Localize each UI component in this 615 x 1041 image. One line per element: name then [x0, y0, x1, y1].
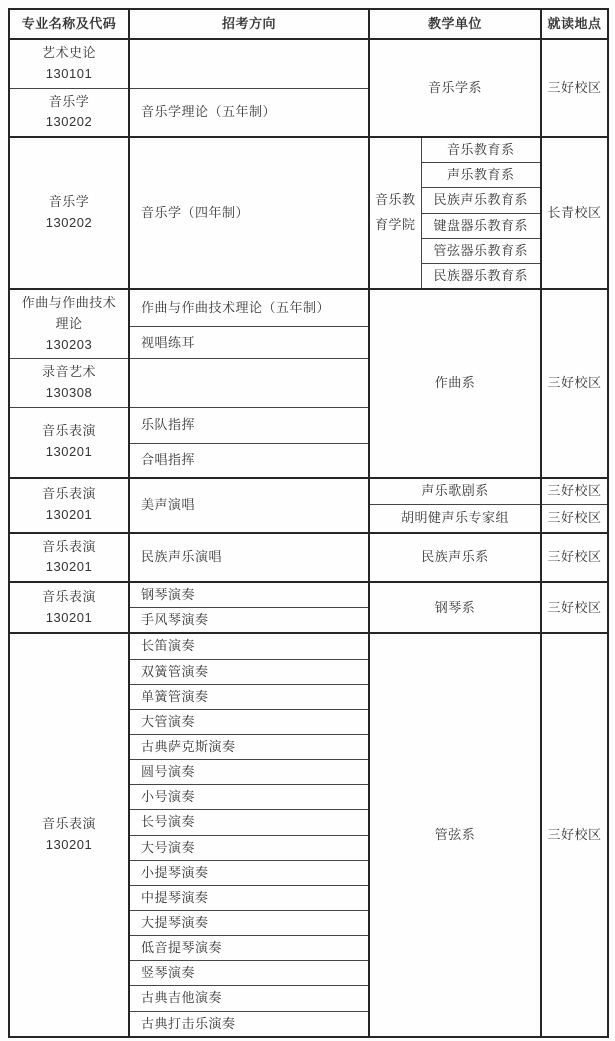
- direction-cell: 音乐学（四年制）: [129, 137, 369, 289]
- major-name: 录音艺术: [18, 362, 120, 383]
- direction-cell: 小号演奏: [129, 785, 369, 810]
- direction-cell: 大号演奏: [129, 835, 369, 860]
- header-unit: 教学单位: [369, 9, 541, 39]
- major-code: 130201: [18, 608, 120, 629]
- table-row: 音乐表演 130201 钢琴演奏 钢琴系 三好校区: [9, 582, 608, 608]
- unit-cell: 管弦系: [369, 633, 541, 1036]
- campus-cell: 三好校区: [541, 478, 608, 505]
- major-code: 130101: [18, 64, 120, 85]
- direction-cell: 乐队指挥: [129, 408, 369, 444]
- major-name: 音乐表演: [18, 537, 120, 558]
- major-code: 130201: [18, 835, 120, 856]
- direction-cell: 长笛演奏: [129, 633, 369, 659]
- major-name: 艺术史论: [18, 43, 120, 64]
- department-cell: 管弦器乐教育系: [421, 238, 541, 263]
- header-campus: 就读地点: [541, 9, 608, 39]
- header-direction: 招考方向: [129, 9, 369, 39]
- major-code: 130201: [18, 505, 120, 526]
- unit-cell: 胡明健声乐专家组: [369, 505, 541, 533]
- direction-cell: 视唱练耳: [129, 327, 369, 359]
- table-row: 音乐表演 130201 美声演唱 声乐歌剧系 三好校区: [9, 478, 608, 505]
- major-cell: 音乐表演 130201: [9, 633, 129, 1036]
- direction-cell: 大管演奏: [129, 709, 369, 734]
- document-page: 专业名称及代码 招考方向 教学单位 就读地点 艺术史论 130101 音乐学系 …: [0, 0, 615, 1041]
- direction-cell: 音乐学理论（五年制）: [129, 88, 369, 137]
- table-row: 作曲与作曲技术理论 130203 作曲与作曲技术理论（五年制） 作曲系 三好校区: [9, 289, 608, 327]
- direction-cell: 美声演唱: [129, 478, 369, 533]
- admissions-table: 专业名称及代码 招考方向 教学单位 就读地点 艺术史论 130101 音乐学系 …: [8, 8, 609, 1038]
- major-code: 130202: [18, 213, 120, 234]
- campus-cell: 三好校区: [541, 582, 608, 633]
- direction-cell: [129, 359, 369, 408]
- major-name: 作曲与作曲技术理论: [18, 293, 120, 335]
- department-cell: 音乐教育系: [421, 137, 541, 163]
- unit-cell: 音乐学系: [369, 39, 541, 137]
- direction-cell: 民族声乐演唱: [129, 533, 369, 583]
- header-major: 专业名称及代码: [9, 9, 129, 39]
- major-cell: 音乐学 130202: [9, 137, 129, 289]
- major-cell: 录音艺术 130308: [9, 359, 129, 408]
- major-code: 130202: [18, 112, 120, 133]
- direction-cell: 单簧管演奏: [129, 684, 369, 709]
- college-cell: 音乐教育学院: [369, 137, 421, 289]
- major-cell: 音乐表演 130201: [9, 582, 129, 633]
- campus-cell: 三好校区: [541, 533, 608, 583]
- direction-cell: 小提琴演奏: [129, 860, 369, 885]
- major-cell: 音乐表演 130201: [9, 533, 129, 583]
- department-cell: 声乐教育系: [421, 163, 541, 188]
- direction-cell: 竖琴演奏: [129, 961, 369, 986]
- department-cell: 民族声乐教育系: [421, 188, 541, 213]
- table-row: 音乐表演 130201 民族声乐演唱 民族声乐系 三好校区: [9, 533, 608, 583]
- direction-cell: 圆号演奏: [129, 760, 369, 785]
- campus-cell: 三好校区: [541, 39, 608, 137]
- unit-cell: 作曲系: [369, 289, 541, 477]
- department-cell: 民族器乐教育系: [421, 263, 541, 289]
- campus-cell: 长青校区: [541, 137, 608, 289]
- campus-cell: 三好校区: [541, 289, 608, 477]
- table-row: 音乐表演 130201 长笛演奏 管弦系 三好校区: [9, 633, 608, 659]
- major-code: 130201: [18, 557, 120, 578]
- direction-cell: 古典吉他演奏: [129, 986, 369, 1011]
- major-name: 音乐表演: [18, 587, 120, 608]
- direction-cell: 双簧管演奏: [129, 659, 369, 684]
- major-code: 130308: [18, 383, 120, 404]
- direction-cell: [129, 39, 369, 88]
- direction-cell: 作曲与作曲技术理论（五年制）: [129, 289, 369, 327]
- major-name: 音乐表演: [18, 484, 120, 505]
- campus-cell: 三好校区: [541, 633, 608, 1036]
- unit-cell: 声乐歌剧系: [369, 478, 541, 505]
- major-cell: 音乐表演 130201: [9, 408, 129, 478]
- table-row: 音乐学 130202 音乐学（四年制） 音乐教育学院 音乐教育系 长青校区: [9, 137, 608, 163]
- unit-cell: 钢琴系: [369, 582, 541, 633]
- department-cell: 键盘器乐教育系: [421, 213, 541, 238]
- major-cell: 音乐学 130202: [9, 88, 129, 137]
- major-cell: 艺术史论 130101: [9, 39, 129, 88]
- header-row: 专业名称及代码 招考方向 教学单位 就读地点: [9, 9, 608, 39]
- campus-cell: 三好校区: [541, 505, 608, 533]
- major-name: 音乐学: [18, 192, 120, 213]
- direction-cell: 古典打击乐演奏: [129, 1011, 369, 1037]
- major-name: 音乐表演: [18, 814, 120, 835]
- major-cell: 音乐表演 130201: [9, 478, 129, 533]
- direction-cell: 合唱指挥: [129, 444, 369, 478]
- table-row: 艺术史论 130101 音乐学系 三好校区: [9, 39, 608, 88]
- unit-cell: 民族声乐系: [369, 533, 541, 583]
- direction-cell: 低音提琴演奏: [129, 936, 369, 961]
- direction-cell: 中提琴演奏: [129, 885, 369, 910]
- major-code: 130203: [18, 335, 120, 356]
- direction-cell: 古典萨克斯演奏: [129, 734, 369, 759]
- direction-cell: 长号演奏: [129, 810, 369, 835]
- major-cell: 作曲与作曲技术理论 130203: [9, 289, 129, 359]
- direction-cell: 手风琴演奏: [129, 608, 369, 634]
- major-name: 音乐表演: [18, 421, 120, 442]
- direction-cell: 大提琴演奏: [129, 910, 369, 935]
- direction-cell: 钢琴演奏: [129, 582, 369, 608]
- major-name: 音乐学: [18, 92, 120, 113]
- major-code: 130201: [18, 442, 120, 463]
